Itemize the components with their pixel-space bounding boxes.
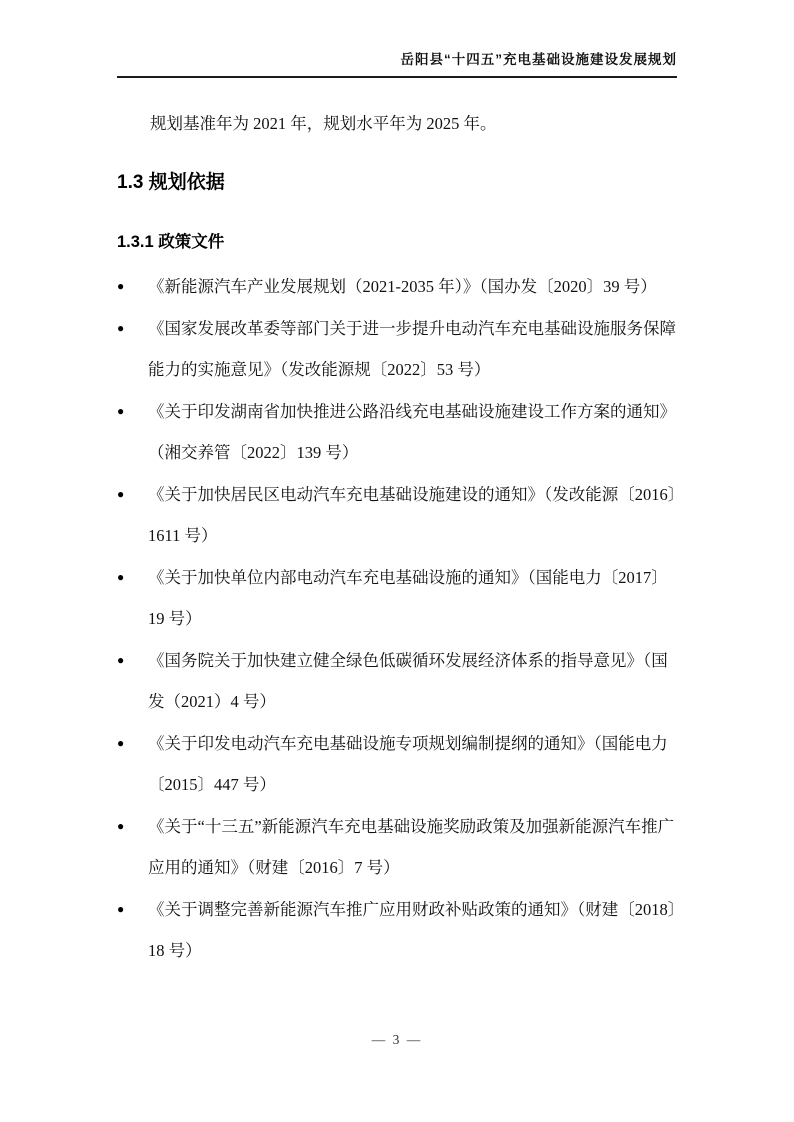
header-title: 岳阳县“十四五”充电基础设施建设发展规划 xyxy=(401,52,678,67)
bullet-icon: ● xyxy=(117,723,148,764)
bullet-icon: ● xyxy=(117,806,148,847)
page-header: 岳阳县“十四五”充电基础设施建设发展规划 xyxy=(117,48,677,78)
list-item: ● 《关于印发湖南省加快推进公路沿线充电基础设施建设工作方案的通知》（湘交养管〔… xyxy=(117,391,677,473)
list-item: ● 《关于加快居民区电动汽车充电基础设施建设的通知》（发改能源〔2016〕161… xyxy=(117,474,677,556)
list-item-text: 《关于印发湖南省加快推进公路沿线充电基础设施建设工作方案的通知》（湘交养管〔20… xyxy=(148,391,677,473)
list-item: ● 《关于印发电动汽车充电基础设施专项规划编制提纲的通知》（国能电力〔2015〕… xyxy=(117,723,677,805)
policy-list: ● 《新能源汽车产业发展规划（2021-2035 年）》（国办发〔2020〕39… xyxy=(117,266,677,971)
list-item-text: 《关于印发电动汽车充电基础设施专项规划编制提纲的通知》（国能电力〔2015〕44… xyxy=(148,723,677,805)
list-item-text: 《新能源汽车产业发展规划（2021-2035 年）》（国办发〔2020〕39 号… xyxy=(148,266,677,307)
intro-paragraph: 规划基准年为 2021 年，规划水平年为 2025 年。 xyxy=(117,104,677,144)
bullet-icon: ● xyxy=(117,308,148,349)
bullet-icon: ● xyxy=(117,889,148,930)
bullet-icon: ● xyxy=(117,557,148,598)
document-page: 岳阳县“十四五”充电基础设施建设发展规划 规划基准年为 2021 年，规划水平年… xyxy=(0,0,794,1122)
list-item-text: 《关于“十三五”新能源汽车充电基础设施奖励政策及加强新能源汽车推广应用的通知》（… xyxy=(148,806,677,888)
list-item-text: 《关于加快单位内部电动汽车充电基础设施的通知》（国能电力〔2017〕19 号） xyxy=(148,557,677,639)
list-item: ● 《新能源汽车产业发展规划（2021-2035 年）》（国办发〔2020〕39… xyxy=(117,266,677,307)
list-item-text: 《国家发展改革委等部门关于进一步提升电动汽车充电基础设施服务保障能力的实施意见》… xyxy=(148,308,677,390)
list-item-text: 《关于加快居民区电动汽车充电基础设施建设的通知》（发改能源〔2016〕1611 … xyxy=(148,474,677,556)
bullet-icon: ● xyxy=(117,640,148,681)
page-number: — 3 — xyxy=(372,1032,423,1047)
list-item: ● 《关于“十三五”新能源汽车充电基础设施奖励政策及加强新能源汽车推广应用的通知… xyxy=(117,806,677,888)
list-item-text: 《国务院关于加快建立健全绿色低碳循环发展经济体系的指导意见》（国发（2021）4… xyxy=(148,640,677,722)
bullet-icon: ● xyxy=(117,391,148,432)
bullet-icon: ● xyxy=(117,266,148,307)
list-item: ● 《关于调整完善新能源汽车推广应用财政补贴政策的通知》（财建〔2018〕18 … xyxy=(117,889,677,971)
list-item: ● 《国务院关于加快建立健全绿色低碳循环发展经济体系的指导意见》（国发（2021… xyxy=(117,640,677,722)
list-item-text: 《关于调整完善新能源汽车推广应用财政补贴政策的通知》（财建〔2018〕18 号） xyxy=(148,889,677,971)
bullet-icon: ● xyxy=(117,474,148,515)
subsection-heading: 1.3.1 政策文件 xyxy=(117,230,677,254)
list-item: ● 《关于加快单位内部电动汽车充电基础设施的通知》（国能电力〔2017〕19 号… xyxy=(117,557,677,639)
section-heading: 1.3 规划依据 xyxy=(117,170,677,196)
page-footer: — 3 — xyxy=(117,1032,677,1048)
list-item: ● 《国家发展改革委等部门关于进一步提升电动汽车充电基础设施服务保障能力的实施意… xyxy=(117,308,677,390)
